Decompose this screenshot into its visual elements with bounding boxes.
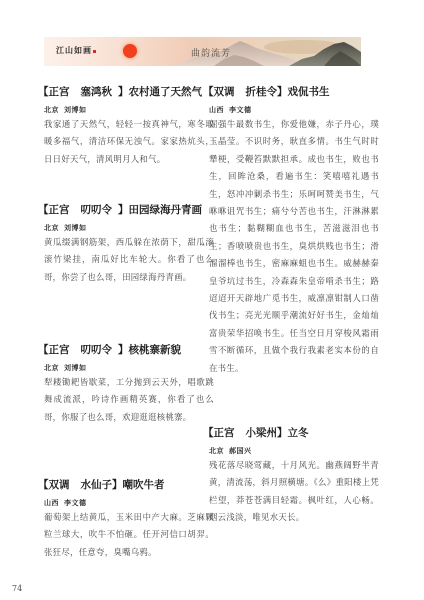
bracket-close: 】	[118, 204, 129, 216]
poem-tune: 叨叨令	[81, 344, 113, 356]
author-region: 北京	[44, 363, 59, 372]
poem-tune: 小梁州	[246, 427, 278, 439]
bracket-close: 】	[277, 427, 288, 439]
author-region: 北京	[44, 223, 59, 232]
author-name: 刘博如	[64, 223, 87, 232]
poem-tune: 叨叨令	[81, 204, 113, 216]
poem-genre: 正宫	[214, 427, 235, 439]
author-name: 李文德	[64, 498, 87, 507]
poem-body: 我家通了天然气，轻轻一按真神气，寒冬取暖多福气，清洁环保无浊气。家家热炕头，日日…	[44, 116, 214, 168]
bracket-close: 】	[112, 479, 123, 491]
bracket-close: 】	[277, 86, 288, 98]
poem-heading: 嘲吹牛者	[123, 479, 165, 491]
bracket-open: 【	[38, 479, 49, 491]
author-name: 刘博如	[64, 363, 87, 372]
poem-body: 残花落尽晓莺藏，十月风光。幽燕阔野半青黄，清流荡，斜月照横塘。《么》重阳楼上凭栏…	[209, 457, 379, 527]
header-banner: 江山如画 曲韵流芳	[44, 37, 361, 66]
poem-author: 北京刘博如	[44, 105, 214, 114]
poem-genre: 正宫	[49, 86, 70, 98]
author-region: 北京	[209, 446, 224, 455]
poem-genre: 正宫	[49, 204, 70, 216]
author-name: 郝国兴	[229, 446, 252, 455]
poem-genre: 双调	[214, 86, 235, 98]
banner-brand: 江山如画	[56, 45, 96, 56]
bracket-open: 【	[38, 86, 49, 98]
author-region: 北京	[44, 105, 59, 114]
poem-title: 【正宫叨叨令】田园绿海丹青画	[38, 204, 214, 217]
poem-block: 【双调折桂令】戏侃书生 山西李文德 倔强牛最数书生，你爱他嫌，赤子丹心，璞玉晶莹…	[209, 86, 379, 377]
poem-author: 北京刘博如	[44, 363, 214, 372]
poem-heading: 核桃寨新貌	[129, 344, 182, 356]
poem-genre: 正宫	[49, 344, 70, 356]
poem-author: 山西李文德	[44, 498, 214, 507]
bracket-open: 【	[38, 344, 49, 356]
author-name: 李文德	[229, 105, 252, 114]
poem-body: 黄瓜缀满钢筋架，西瓜躲在浓荫下，甜瓜滚滚竹梁挂，南瓜好比车轮大。你看了也么哥，你…	[44, 234, 214, 286]
banner-brand-text: 江山如画	[56, 45, 92, 55]
poem-tune: 塞鸿秋	[81, 86, 113, 98]
poem-tune: 折桂令	[246, 86, 278, 98]
poem-body: 葡萄架上结黄瓜，玉米田中产大麻。芝麻颗粒兰球大，吹牛不怕砸。任开河信口胡羿。张狂…	[44, 509, 214, 561]
poem-body: 倔强牛最数书生，你爱他嫌，赤子丹心，璞玉晶莹。不识时务，耿直多情。书生气时时犟梗…	[209, 116, 379, 377]
poem-title: 【双调水仙子】嘲吹牛者	[38, 479, 214, 492]
poem-heading: 立冬	[288, 427, 309, 439]
poem-title: 【正宫塞鸿秋】农村通了天然气	[38, 86, 214, 99]
poem-block: 【双调水仙子】嘲吹牛者 山西李文德 葡萄架上结黄瓜，玉米田中产大麻。芝麻颗粒兰球…	[44, 479, 214, 561]
poem-title: 【双调折桂令】戏侃书生	[203, 86, 379, 99]
poem-heading: 农村通了天然气	[129, 86, 203, 98]
poem-heading: 戏侃书生	[288, 86, 330, 98]
bracket-close: 】	[118, 86, 129, 98]
banner-subtitle: 曲韵流芳	[191, 46, 231, 59]
sun-icon	[123, 44, 137, 58]
poem-tune: 水仙子	[81, 479, 113, 491]
bracket-open: 【	[38, 204, 49, 216]
poem-block: 【正宫小梁州】立冬 北京郝国兴 残花落尽晓莺藏，十月风光。幽燕阔野半青黄，清流荡…	[209, 427, 379, 527]
poem-block: 【正宫叨叨令】田园绿海丹青画 北京刘博如 黄瓜缀满钢筋架，西瓜躲在浓荫下，甜瓜滚…	[44, 204, 214, 286]
poem-block: 【正宫叨叨令】核桃寨新貌 北京刘博如 犁耧锄耙皆歇菜，工分抛到云天外，唱歌跳舞成…	[44, 344, 214, 426]
poem-heading: 田园绿海丹青画	[129, 204, 203, 216]
bracket-open: 【	[203, 427, 214, 439]
bracket-open: 【	[203, 86, 214, 98]
poem-author: 北京郝国兴	[209, 446, 379, 455]
poem-block: 【正宫塞鸿秋】农村通了天然气 北京刘博如 我家通了天然气，轻轻一按真神气，寒冬取…	[44, 86, 214, 168]
bracket-close: 】	[118, 344, 129, 356]
poem-title: 【正宫叨叨令】核桃寨新貌	[38, 344, 214, 357]
poem-author: 北京刘博如	[44, 223, 214, 232]
page-number: 74	[12, 584, 22, 593]
author-name: 刘博如	[64, 105, 87, 114]
author-region: 山西	[44, 498, 59, 507]
red-seal-icon	[93, 50, 96, 53]
poem-genre: 双调	[49, 479, 70, 491]
poem-body: 犁耧锄耙皆歇菜，工分抛到云天外，唱歌跳舞成流派，吟诗作画精英赛，你看了也么哥，你…	[44, 374, 214, 426]
poem-title: 【正宫小梁州】立冬	[203, 427, 379, 440]
author-region: 山西	[209, 105, 224, 114]
poem-author: 山西李文德	[209, 105, 379, 114]
